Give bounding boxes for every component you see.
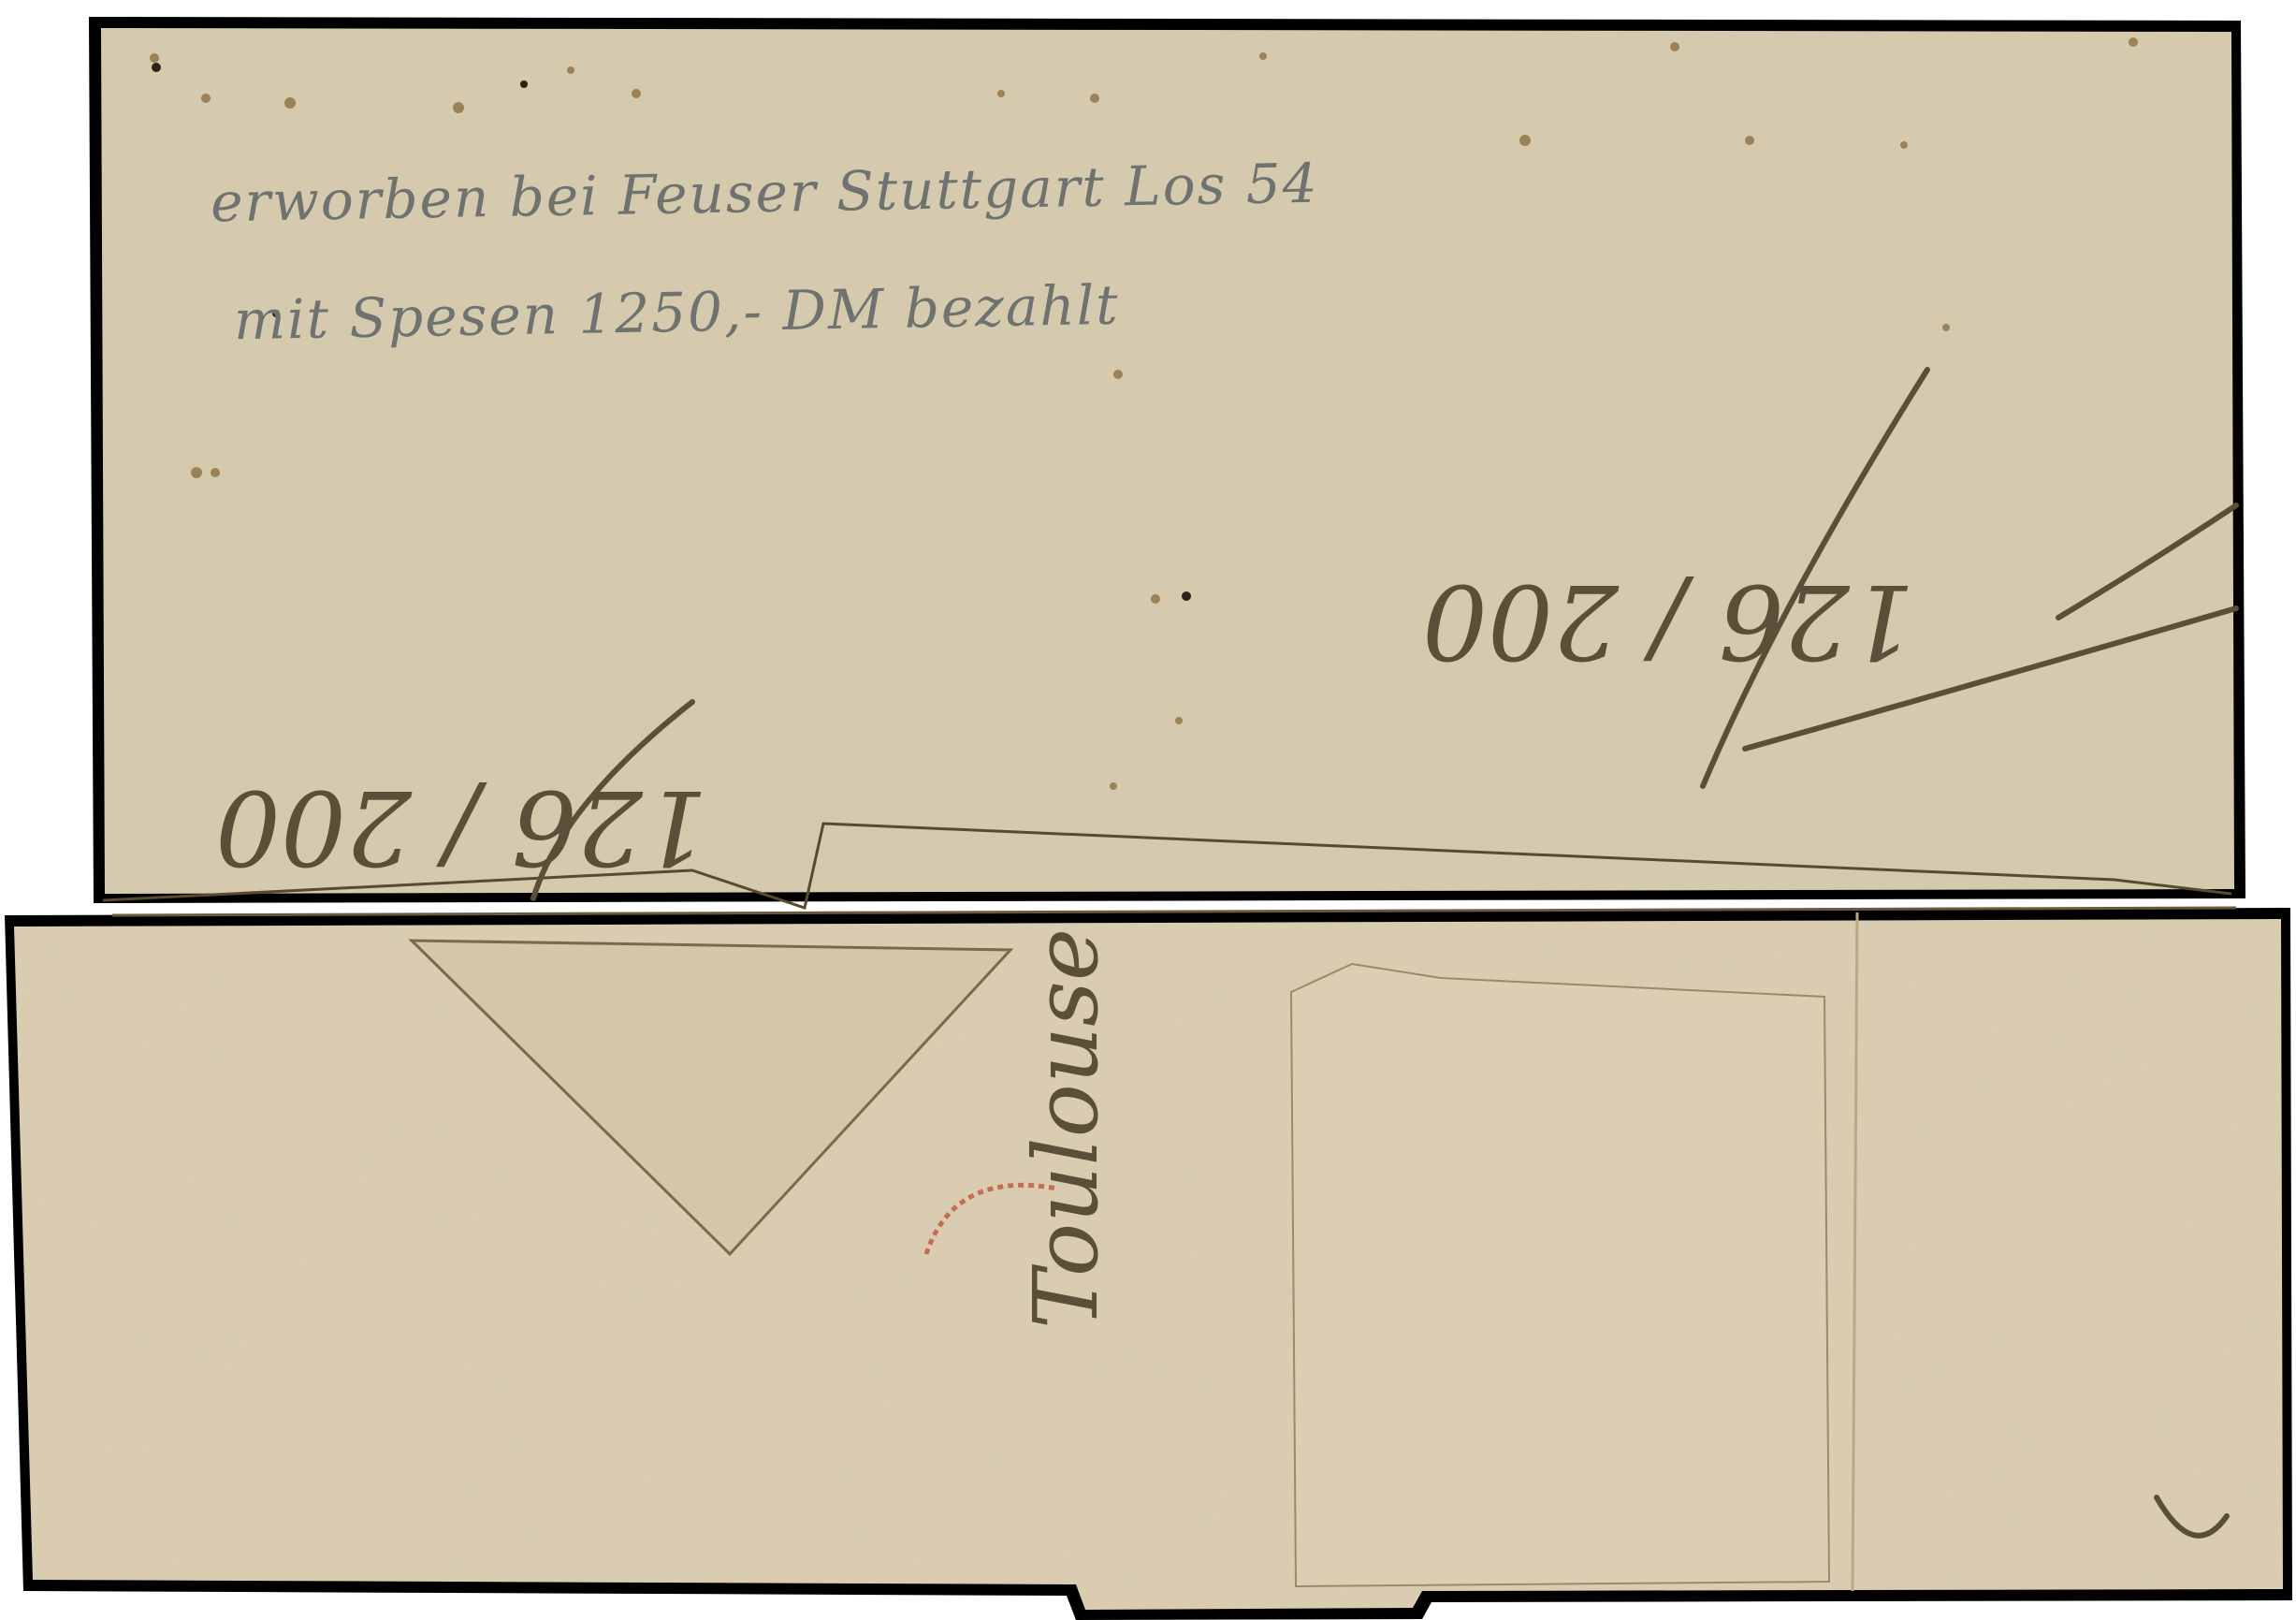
rate-mark-right: 126 / 200 [1422, 562, 1915, 681]
destination-manuscript: Toulouse [1015, 928, 1118, 1329]
center-flap [1291, 964, 1829, 1586]
rate-mark-left: 126 / 200 [215, 767, 708, 887]
lower-panel [14, 919, 2283, 1610]
